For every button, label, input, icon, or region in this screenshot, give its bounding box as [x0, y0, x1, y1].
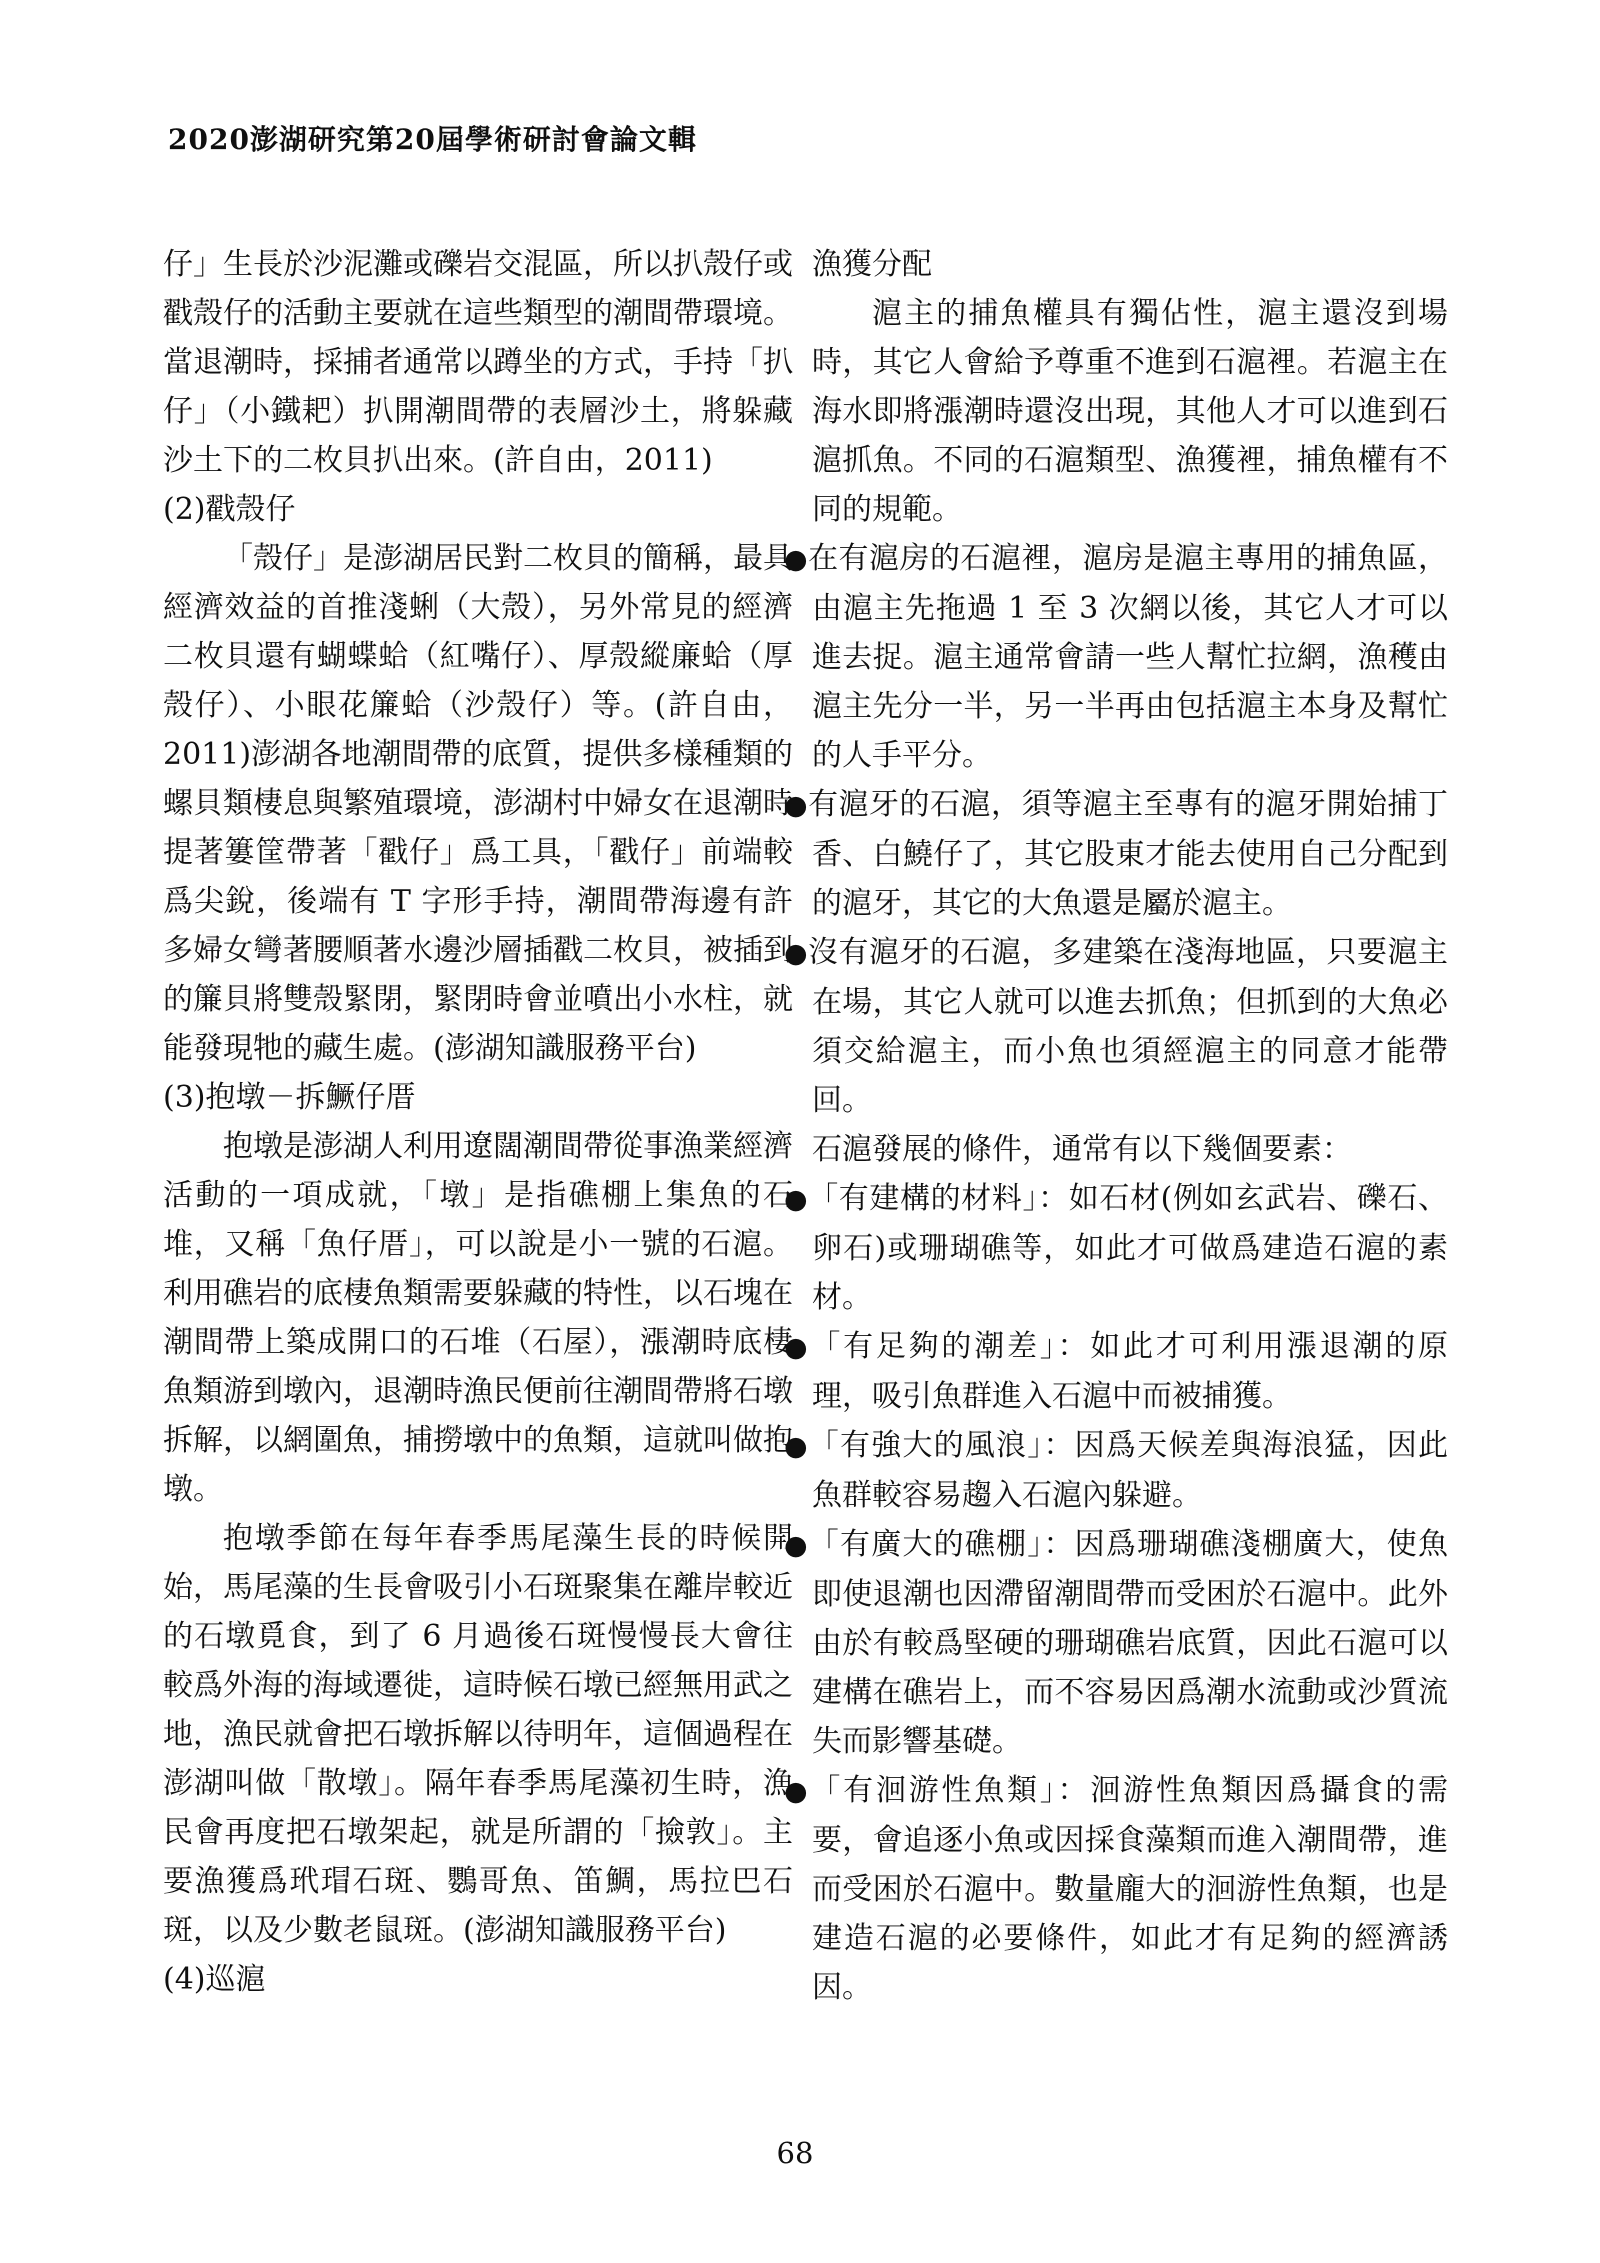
bullet-text: 「有廣大的礁棚」：因爲珊瑚礁淺棚廣大，使魚即使退潮也因滯留潮間帶而受困於石滬中。…	[809, 1527, 1448, 1759]
document-page: 2020澎湖研究第20屆學術研討會論文輯 仔」生長於沙泥灘或礫岩交混區，所以扒殼…	[0, 0, 1600, 2263]
page-number: 68	[755, 2136, 835, 2170]
bullet-icon: ●	[784, 790, 808, 821]
bullet-icon: ●	[784, 1184, 808, 1215]
bullet-item: ●在有滬房的石滬裡，滬房是滬主專用的捕魚區，由滬主先拖過 1 至 3 次網以後，…	[812, 534, 1448, 780]
right-column: 漁獲分配 滬主的捕魚權具有獨佔性，滬主還沒到場時，其它人會給予尊重不進到石滬裡。…	[812, 240, 1448, 2012]
bullet-text: 「有建構的材料」：如石材(例如玄武岩、礫石、卵石)或珊瑚礁等，如此才可做爲建造石…	[808, 1181, 1448, 1315]
bullet-item: ●「有建構的材料」：如石材(例如玄武岩、礫石、卵石)或珊瑚礁等，如此才可做爲建造…	[812, 1174, 1448, 1322]
bullet-icon: ●	[784, 1776, 810, 1807]
bullet-item: ●沒有滬牙的石滬，多建築在淺海地區，只要滬主在場，其它人就可以進去抓魚；但抓到的…	[812, 928, 1448, 1125]
bullet-item: ●「有廣大的礁棚」：因爲珊瑚礁淺棚廣大，使魚即使退潮也因滯留潮間帶而受困於石滬中…	[812, 1520, 1448, 1766]
paragraph: 抱墩季節在每年春季馬尾藻生長的時候開始，馬尾藻的生長會吸引小石斑聚集在離岸較近的…	[163, 1514, 793, 1955]
bullet-text: 沒有滬牙的石滬，多建築在淺海地區，只要滬主在場，其它人就可以進去抓魚；但抓到的大…	[808, 935, 1448, 1118]
paragraph: 「殼仔」是澎湖居民對二枚貝的簡稱，最具經濟效益的首推淺蜊（大殼），另外常見的經濟…	[163, 534, 793, 1073]
bullet-icon: ●	[784, 938, 808, 969]
bullet-text: 有滬牙的石滬，須等滬主至專有的滬牙開始捕丁香、白鱙仔了，其它股東才能去使用自己分…	[808, 787, 1448, 921]
paragraph: 石滬發展的條件，通常有以下幾個要素：	[812, 1125, 1448, 1174]
bullet-text: 「有強大的風浪」：因爲天候差與海浪猛，因此魚群較容易趨入石滬內躲避。	[809, 1428, 1448, 1513]
section-heading: (3)抱墩－拆鱖仔厝	[163, 1073, 793, 1122]
bullet-icon: ●	[784, 544, 808, 575]
bullet-item: ●「有洄游性魚類」：洄游性魚類因爲攝食的需要，會追逐小魚或因採食藻類而進入潮間帶…	[812, 1766, 1448, 2012]
paragraph: 滬主的捕魚權具有獨佔性，滬主還沒到場時，其它人會給予尊重不進到石滬裡。若滬主在海…	[812, 289, 1448, 534]
bullet-item: ●「有足夠的潮差」：如此才可利用漲退潮的原理，吸引魚群進入石滬中而被捕獲。	[812, 1322, 1448, 1421]
bullet-item: ●「有強大的風浪」：因爲天候差與海浪猛，因此魚群較容易趨入石滬內躲避。	[812, 1421, 1448, 1520]
bullet-icon: ●	[784, 1530, 809, 1561]
paragraph: 抱墩是澎湖人利用遼闊潮間帶從事漁業經濟活動的一項成就，「墩」是指礁棚上集魚的石堆…	[163, 1122, 793, 1514]
section-heading: (4)巡滬	[163, 1955, 793, 2004]
page-header-title: 2020澎湖研究第20屆學術研討會論文輯	[168, 118, 697, 158]
bullet-text: 「有洄游性魚類」：洄游性魚類因爲攝食的需要，會追逐小魚或因採食藻類而進入潮間帶，…	[810, 1773, 1448, 2005]
bullet-text: 在有滬房的石滬裡，滬房是滬主專用的捕魚區，由滬主先拖過 1 至 3 次網以後，其…	[808, 541, 1448, 773]
bullet-text: 「有足夠的潮差」：如此才可利用漲退潮的原理，吸引魚群進入石滬中而被捕獲。	[810, 1329, 1448, 1414]
section-heading: (2)戳殼仔	[163, 485, 793, 534]
bullet-icon: ●	[784, 1332, 810, 1363]
bullet-item: ●有滬牙的石滬，須等滬主至專有的滬牙開始捕丁香、白鱙仔了，其它股東才能去使用自己…	[812, 780, 1448, 928]
left-column: 仔」生長於沙泥灘或礫岩交混區，所以扒殼仔或戳殼仔的活動主要就在這些類型的潮間帶環…	[163, 240, 793, 2004]
section-heading: 漁獲分配	[812, 240, 1448, 289]
paragraph: 仔」生長於沙泥灘或礫岩交混區，所以扒殼仔或戳殼仔的活動主要就在這些類型的潮間帶環…	[163, 240, 793, 485]
bullet-icon: ●	[784, 1431, 809, 1462]
